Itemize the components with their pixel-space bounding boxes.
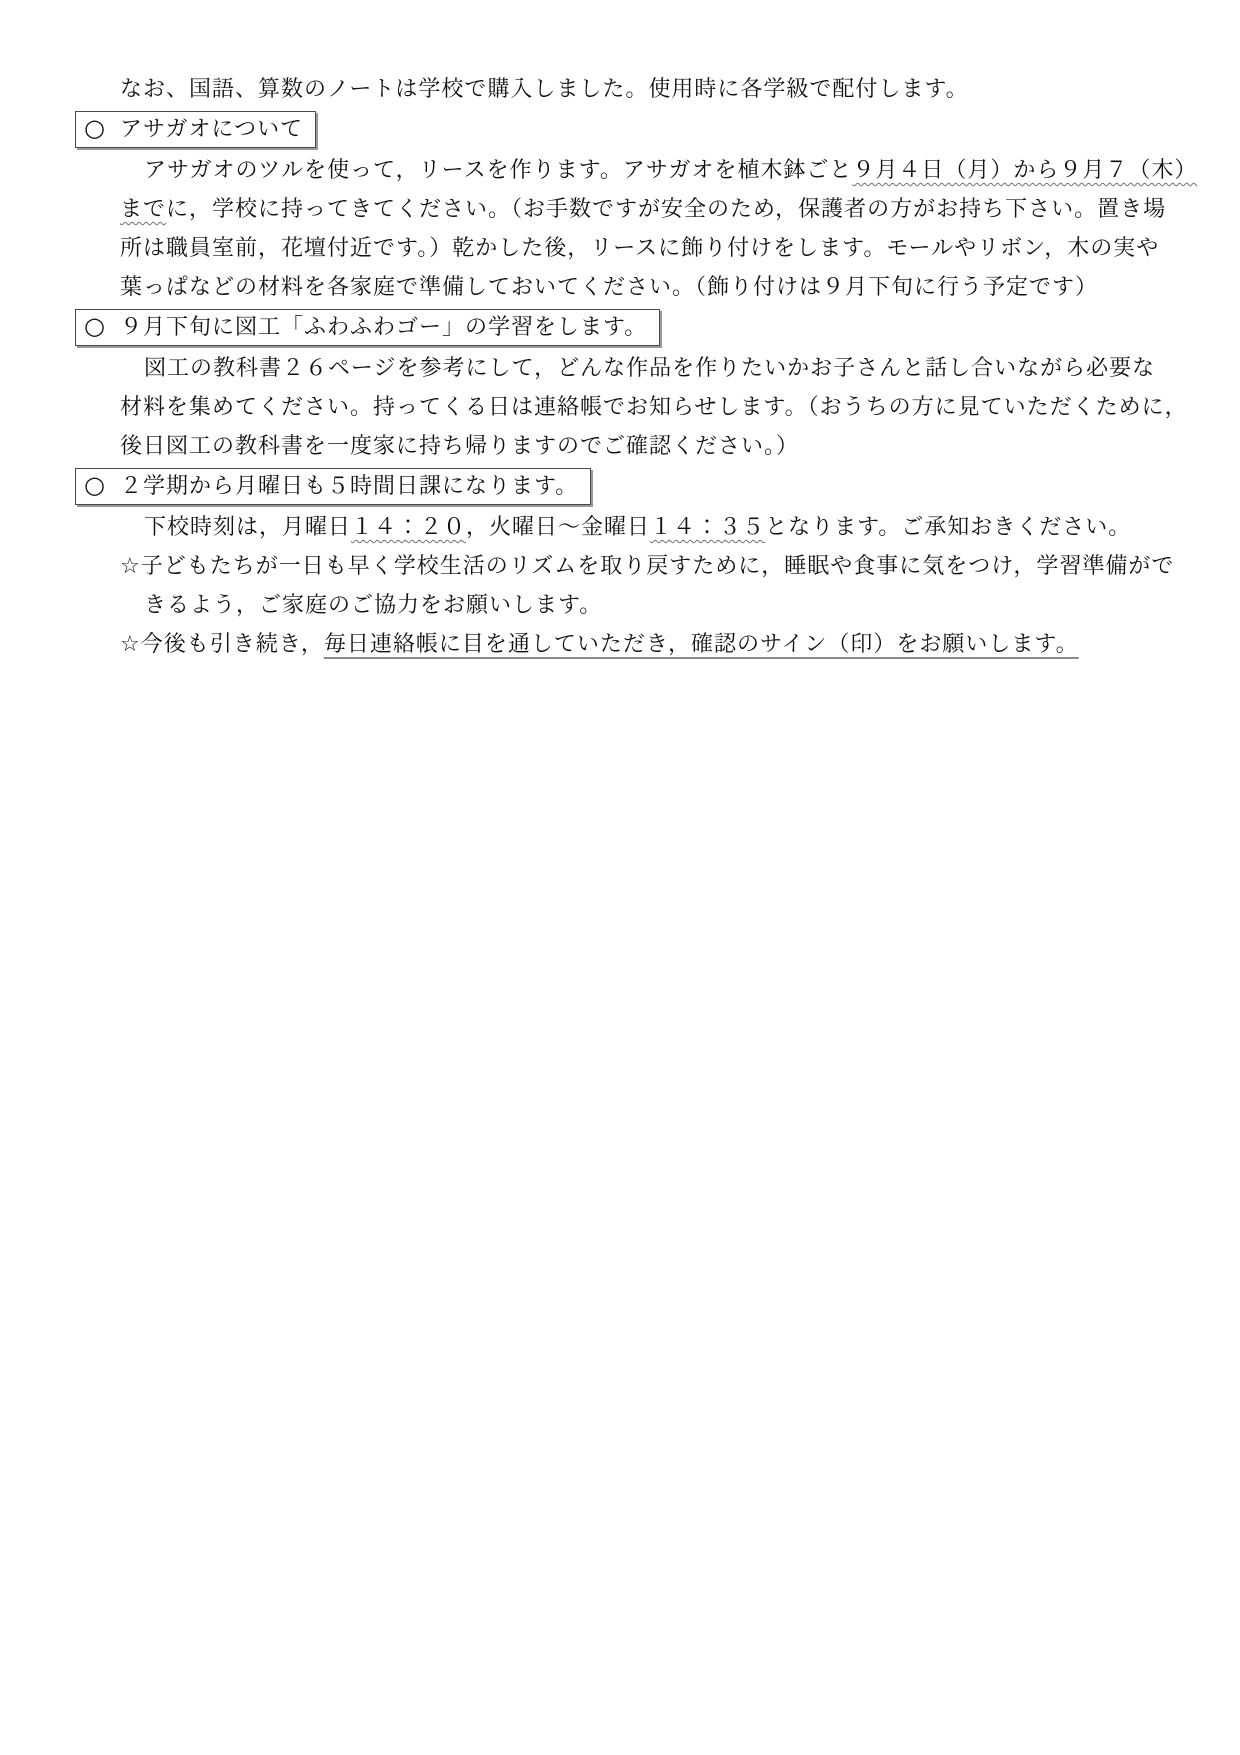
text-segment: 所は職員室前，花壇付近です。）乾かした後，リースに飾り付けをします。モールやリボ… xyxy=(120,236,1159,261)
text-segment: 図工の教科書２６ページを参考にして，どんな作品を作りたいかお子さんと話し合いなが… xyxy=(144,356,1155,381)
section-2: ○２学期から月曜日も５時間日課になります。下校時刻は，月曜日１４：２０，火曜日～… xyxy=(120,466,1140,664)
section-heading-text: ２学期から月曜日も５時間日課になります。 xyxy=(120,474,578,499)
wavy-underlined-text: １４：３５ xyxy=(650,515,765,540)
section-heading-box: ○９月下旬に図工「ふわふわゴー」の学習をします。 xyxy=(75,309,660,346)
wavy-underlined-text: ９月４日（月）から９月７（木） xyxy=(852,158,1197,183)
text-segment: ☆今後も引き続き， xyxy=(120,632,324,657)
body-line: までに，学校に持ってきてください。（お手数ですが安全のため，保護者の方がお持ち下… xyxy=(120,190,1140,229)
section-heading-text: ９月下旬に図工「ふわふわゴー」の学習をします。 xyxy=(120,315,647,340)
body-line: ☆子どもたちが一日も早く学校生活のリズムを取り戻すために，睡眠や食事に気をつけ，… xyxy=(120,547,1140,586)
section-heading-box: ○２学期から月曜日も５時間日課になります。 xyxy=(75,468,591,505)
text-segment: に，学校に持ってきてください。（お手数ですが安全のため，保護者の方がお持ち下さい… xyxy=(166,197,1166,222)
section-0: ○アサガオについてアサガオのツルを使って，リースを作ります。アサガオを植木鉢ごと… xyxy=(120,109,1140,307)
text-segment: きるよう，ご家庭のご協力をお願いします。 xyxy=(144,593,602,618)
body-line: ☆今後も引き続き，毎日連絡帳に目を通していただき，確認のサイン（印）をお願いしま… xyxy=(120,625,1140,664)
text-segment: 下校時刻は，月曜日 xyxy=(144,515,351,540)
bullet-circle-icon: ○ xyxy=(84,312,120,341)
sections-container: ○アサガオについてアサガオのツルを使って，リースを作ります。アサガオを植木鉢ごと… xyxy=(120,109,1140,664)
body-line: 葉っぱなどの材料を各家庭で準備しておいてください。（飾り付けは９月下旬に行う予定… xyxy=(120,268,1140,307)
wavy-underlined-text: まで xyxy=(120,197,166,222)
text-segment: アサガオのツルを使って，リースを作ります。アサガオを植木鉢ごと xyxy=(144,158,852,183)
solid-underlined-text: 毎日連絡帳に目を通していただき，確認のサイン（印）をお願いします。 xyxy=(324,632,1079,657)
body-line: 材料を集めてください。持ってくる日は連絡帳でお知らせします。（おうちの方に見てい… xyxy=(120,388,1140,427)
section-heading-box: ○アサガオについて xyxy=(75,111,316,148)
text-segment: ，火曜日～金曜日 xyxy=(466,515,650,540)
body-line: 後日図工の教科書を一度家に持ち帰りますのでご確認ください。） xyxy=(120,427,1140,466)
bullet-circle-icon: ○ xyxy=(84,114,120,143)
body-line: アサガオのツルを使って，リースを作ります。アサガオを植木鉢ごと９月４日（月）から… xyxy=(120,151,1140,190)
text-segment: となります。ご承知おきください。 xyxy=(765,515,1131,540)
section-1: ○９月下旬に図工「ふわふわゴー」の学習をします。図工の教科書２６ページを参考にし… xyxy=(120,307,1140,466)
bullet-circle-icon: ○ xyxy=(84,471,120,500)
document-page: なお、国語、算数のノートは学校で購入しました。使用時に各学級で配付します。 ○ア… xyxy=(0,0,1240,1755)
intro-paragraph: なお、国語、算数のノートは学校で購入しました。使用時に各学級で配付します。 xyxy=(120,70,1140,109)
text-segment: 材料を集めてください。持ってくる日は連絡帳でお知らせします。（おうちの方に見てい… xyxy=(120,395,1188,420)
body-line: きるよう，ご家庭のご協力をお願いします。 xyxy=(120,586,1140,625)
section-heading-text: アサガオについて xyxy=(120,117,303,142)
wavy-underlined-text: １４：２０ xyxy=(351,515,466,540)
text-segment: ☆子どもたちが一日も早く学校生活のリズムを取り戻すために，睡眠や食事に気をつけ，… xyxy=(120,554,1174,579)
text-segment: 葉っぱなどの材料を各家庭で準備しておいてください。（飾り付けは９月下旬に行う予定… xyxy=(120,275,1098,300)
body-line: 図工の教科書２６ページを参考にして，どんな作品を作りたいかお子さんと話し合いなが… xyxy=(120,349,1140,388)
body-line: 下校時刻は，月曜日１４：２０，火曜日～金曜日１４：３５となります。ご承知おきくだ… xyxy=(120,508,1140,547)
body-line: 所は職員室前，花壇付近です。）乾かした後，リースに飾り付けをします。モールやリボ… xyxy=(120,229,1140,268)
text-segment: 後日図工の教科書を一度家に持ち帰りますのでご確認ください。） xyxy=(120,434,799,459)
